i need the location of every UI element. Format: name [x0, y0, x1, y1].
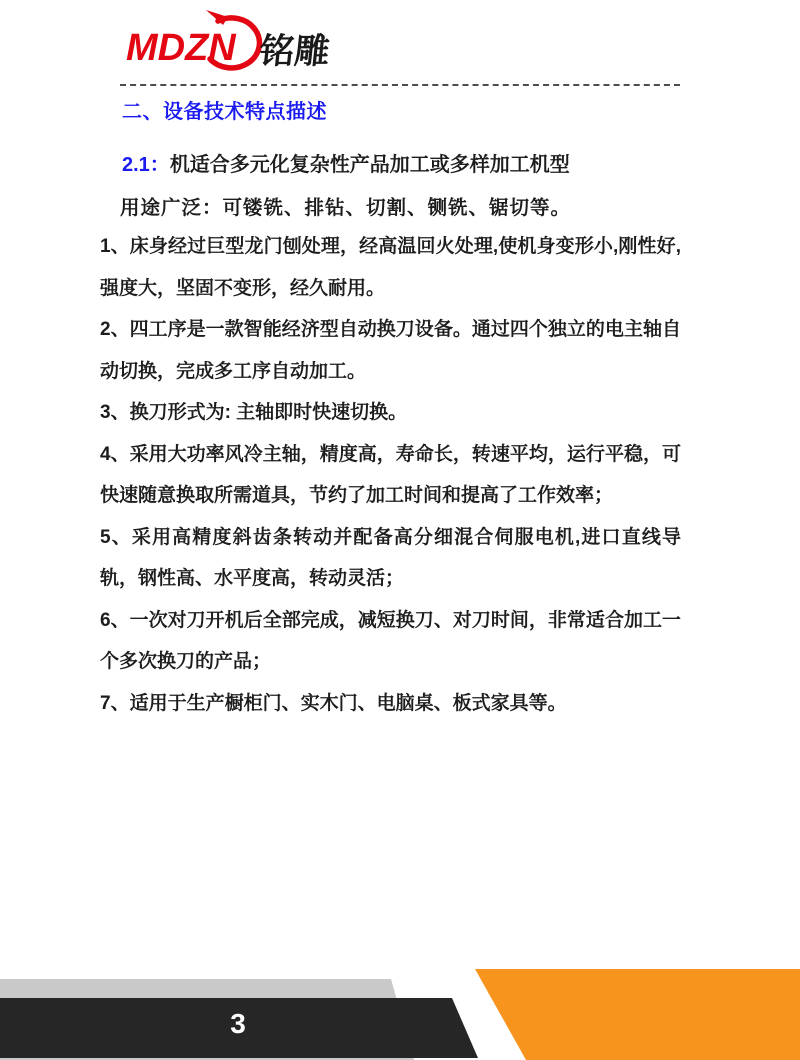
page-number: 3	[230, 1008, 246, 1039]
brand-logo: MDZN 铭雕	[124, 8, 344, 72]
feature-item-6: 6、一次对刀开机后全部完成，减短换刀、对刀时间，非常适合加工一个多次换刀的产品；	[100, 600, 681, 683]
feature-item-3: 3、换刀形式为: 主轴即时快速切换。	[100, 392, 681, 434]
sub-heading-number: 2.1：	[122, 154, 170, 176]
feature-list: 1、床身经过巨型龙门刨处理，经高温回火处理,使机身变形小,刚性好,强度大，坚固不…	[100, 226, 681, 724]
page-footer: 3	[0, 960, 800, 1060]
feature-item-4: 4、采用大功率风冷主轴，精度高，寿命长，转速平均，运行平稳，可快速随意换取所需道…	[100, 434, 681, 517]
header-divider	[120, 84, 680, 86]
feature-item-7: 7、适用于生产橱柜门、实木门、电脑桌、板式家具等。	[100, 683, 681, 725]
document-page: MDZN 铭雕 二、设备技术特点描述 2.1：机适合多元化复杂性产品加工或多样加…	[0, 0, 800, 1060]
feature-item-2: 2、四工序是一款智能经济型自动换刀设备。通过四个独立的电主轴自动切换，完成多工序…	[100, 309, 681, 392]
section-heading: 二、设备技术特点描述	[122, 99, 327, 125]
feature-item-5: 5、采用高精度斜齿条转动并配备高分细混合伺服电机,进口直线导轨，钢性高、水平度高…	[100, 517, 681, 600]
feature-item-1: 1、床身经过巨型龙门刨处理，经高温回火处理,使机身变形小,刚性好,强度大，坚固不…	[100, 226, 681, 309]
sub-heading: 2.1：机适合多元化复杂性产品加工或多样加工机型	[122, 152, 570, 179]
brand-logo-graphic: MDZN 铭雕	[124, 8, 344, 72]
brand-logo-cn-text: 铭雕	[257, 32, 331, 71]
footer-orange-stripe	[475, 969, 800, 1060]
sub-heading-title: 机适合多元化复杂性产品加工或多样加工机型	[170, 154, 570, 176]
brand-logo-text: MDZN	[126, 27, 237, 69]
usage-line: 用途广泛：可镂铣、排钻、切割、铡铣、锯切等。	[120, 195, 571, 222]
